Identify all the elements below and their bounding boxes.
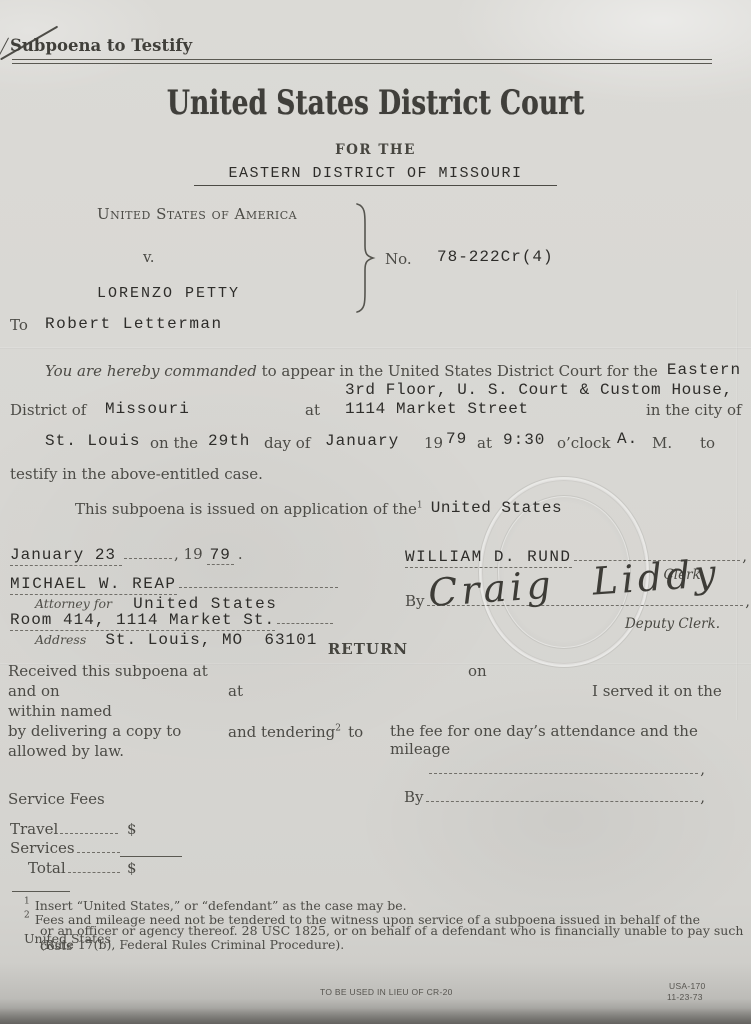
tendering-phrase: and tendering2 to [228,722,363,741]
meridiem-value: A. [617,430,638,448]
court-title: United States District Court [167,83,584,123]
server-by-row: By , [404,788,705,806]
received-on-label: on [468,662,487,680]
total-row: Total [28,859,122,877]
footnote-1-marker: 1 [24,897,30,907]
footnote-2-line3: (Rule 17(b), Federal Rules Criminal Proc… [40,937,746,952]
court-address-line2: 1114 Market Street [345,400,529,418]
server-signature-line: , [427,760,705,778]
application-line: This subpoena is issued on application o… [75,499,562,519]
for-the-label: FOR THE [0,142,751,158]
m-label: M. [652,434,672,452]
deputy-clerk-title: Deputy Clerk. [405,616,720,632]
server-by-comma: , [700,788,705,806]
form-title: Subpoena to Testify [10,36,192,55]
service-fees-label: Service Fees [8,790,105,808]
plaintiff-name: United States of America [97,205,297,223]
application-footnote-marker: 1 [417,501,423,511]
issue-date-row: January 23 , 19 79 . [10,545,345,566]
caption-brace [352,202,378,314]
travel-dollar: $ [127,820,137,838]
served-at-label: at [228,682,243,700]
versus-label: v. [143,248,154,266]
to-suffix: to [700,434,715,452]
district-of-value: Missouri [105,400,190,418]
served-label: I served it on the [592,682,722,700]
issue-date-period: . [238,545,243,563]
case-number: 78-222Cr(4) [437,248,554,266]
month-value: January [325,432,399,450]
attorney-address1: Room 414, 1114 Market St. [10,611,275,631]
at-label: at [305,401,320,419]
day-of-label: day of [264,434,310,452]
attorney-for-row: Attorney for United States [35,593,277,613]
received-label: Received this subpoena at [8,662,208,680]
fold-crease-upper [0,347,751,349]
footnote-2-marker: 2 [24,911,30,921]
issue-year-prefix: , 19 [174,545,203,563]
total-label: Total [28,859,66,877]
case-no-label: No. [385,250,412,268]
commanded-phrase: You are hereby commanded [45,362,257,380]
to-label: To [10,316,28,334]
application-text: This subpoena is issued on application o… [75,500,417,518]
defendant-name: LORENZO PETTY [97,285,240,302]
services-row: Services [10,839,122,857]
witness-name: Robert Letterman [45,315,223,333]
services-label: Services [10,839,75,857]
bottom-shadow [0,1008,751,1024]
within-named-label: within named [8,702,112,720]
day-value: 29th [208,432,250,450]
fee-text: the fee for one day’s attendance and the… [390,722,751,758]
footer-form-date: 11-23-73 [667,992,703,1002]
oclock-label: o’clock [557,434,611,452]
tendering-footnote-marker: 2 [335,724,341,734]
travel-label: Travel [10,820,58,838]
by-label: By [405,592,425,610]
commanded-rest: to appear in the United States District … [257,362,658,380]
delivering-label: by delivering a copy to [8,722,181,740]
return-heading: RETURN [0,640,736,658]
command-line-3: St. Louis on the 29th day of January 19 … [0,432,751,454]
applicant-value: United States [431,499,562,517]
header-double-rule [12,59,712,64]
fold-crease-vertical [736,290,738,720]
attorney-address-row: Room 414, 1114 Market St. [10,611,335,631]
in-city-label: in the city of [646,401,742,419]
total-dollar: $ [127,859,137,877]
command-line-2: District of Missouri at 1114 Market Stre… [0,401,751,421]
tendering-label: and tendering [228,723,335,741]
footer-usage-note: TO BE USED IN LIEU OF CR-20 [320,987,453,997]
court-title-row: United States District Court [0,83,751,123]
server-by-label: By [404,788,424,806]
court-address-line1: 3rd Floor, U. S. Court & Custom House, [345,381,733,399]
deputy-row-comma: , [745,592,750,610]
issue-year: 79 [207,546,234,565]
travel-row: Travel [10,820,120,838]
attorney-name: MICHAEL W. REAP [10,575,177,595]
district-row: EASTERN DISTRICT OF MISSOURI [0,162,751,182]
time-value: 9:30 [503,431,545,449]
at2-label: at [477,434,492,452]
year-prefix: 19 [424,434,443,452]
city-value: St. Louis [45,432,140,450]
testify-line: testify in the above-entitled case. [10,465,263,483]
attorney-name-row: MICHAEL W. REAP [10,575,340,595]
district-of-label: District of [10,401,86,419]
subpoena-document: Subpoena to Testify United States Distri… [0,0,751,1024]
total-rule [120,856,182,857]
on-the-label: on the [150,434,198,452]
district-value: Eastern [667,361,741,379]
server-line-comma: , [700,760,705,778]
footnote-rule [12,891,70,892]
attorney-for-label: Attorney for [35,596,112,611]
issue-date: January 23 [10,546,122,566]
command-line-1: You are hereby commanded to appear in th… [45,361,745,381]
and-on-label: and on [8,682,60,700]
allowed-label: allowed by law. [8,742,124,760]
year-value: 79 [446,430,467,448]
clerk-row-comma: , [742,547,747,565]
footer-form-number: USA-170 [669,981,706,991]
tendering-to-label: to [348,723,363,741]
district-name: EASTERN DISTRICT OF MISSOURI [194,165,556,186]
